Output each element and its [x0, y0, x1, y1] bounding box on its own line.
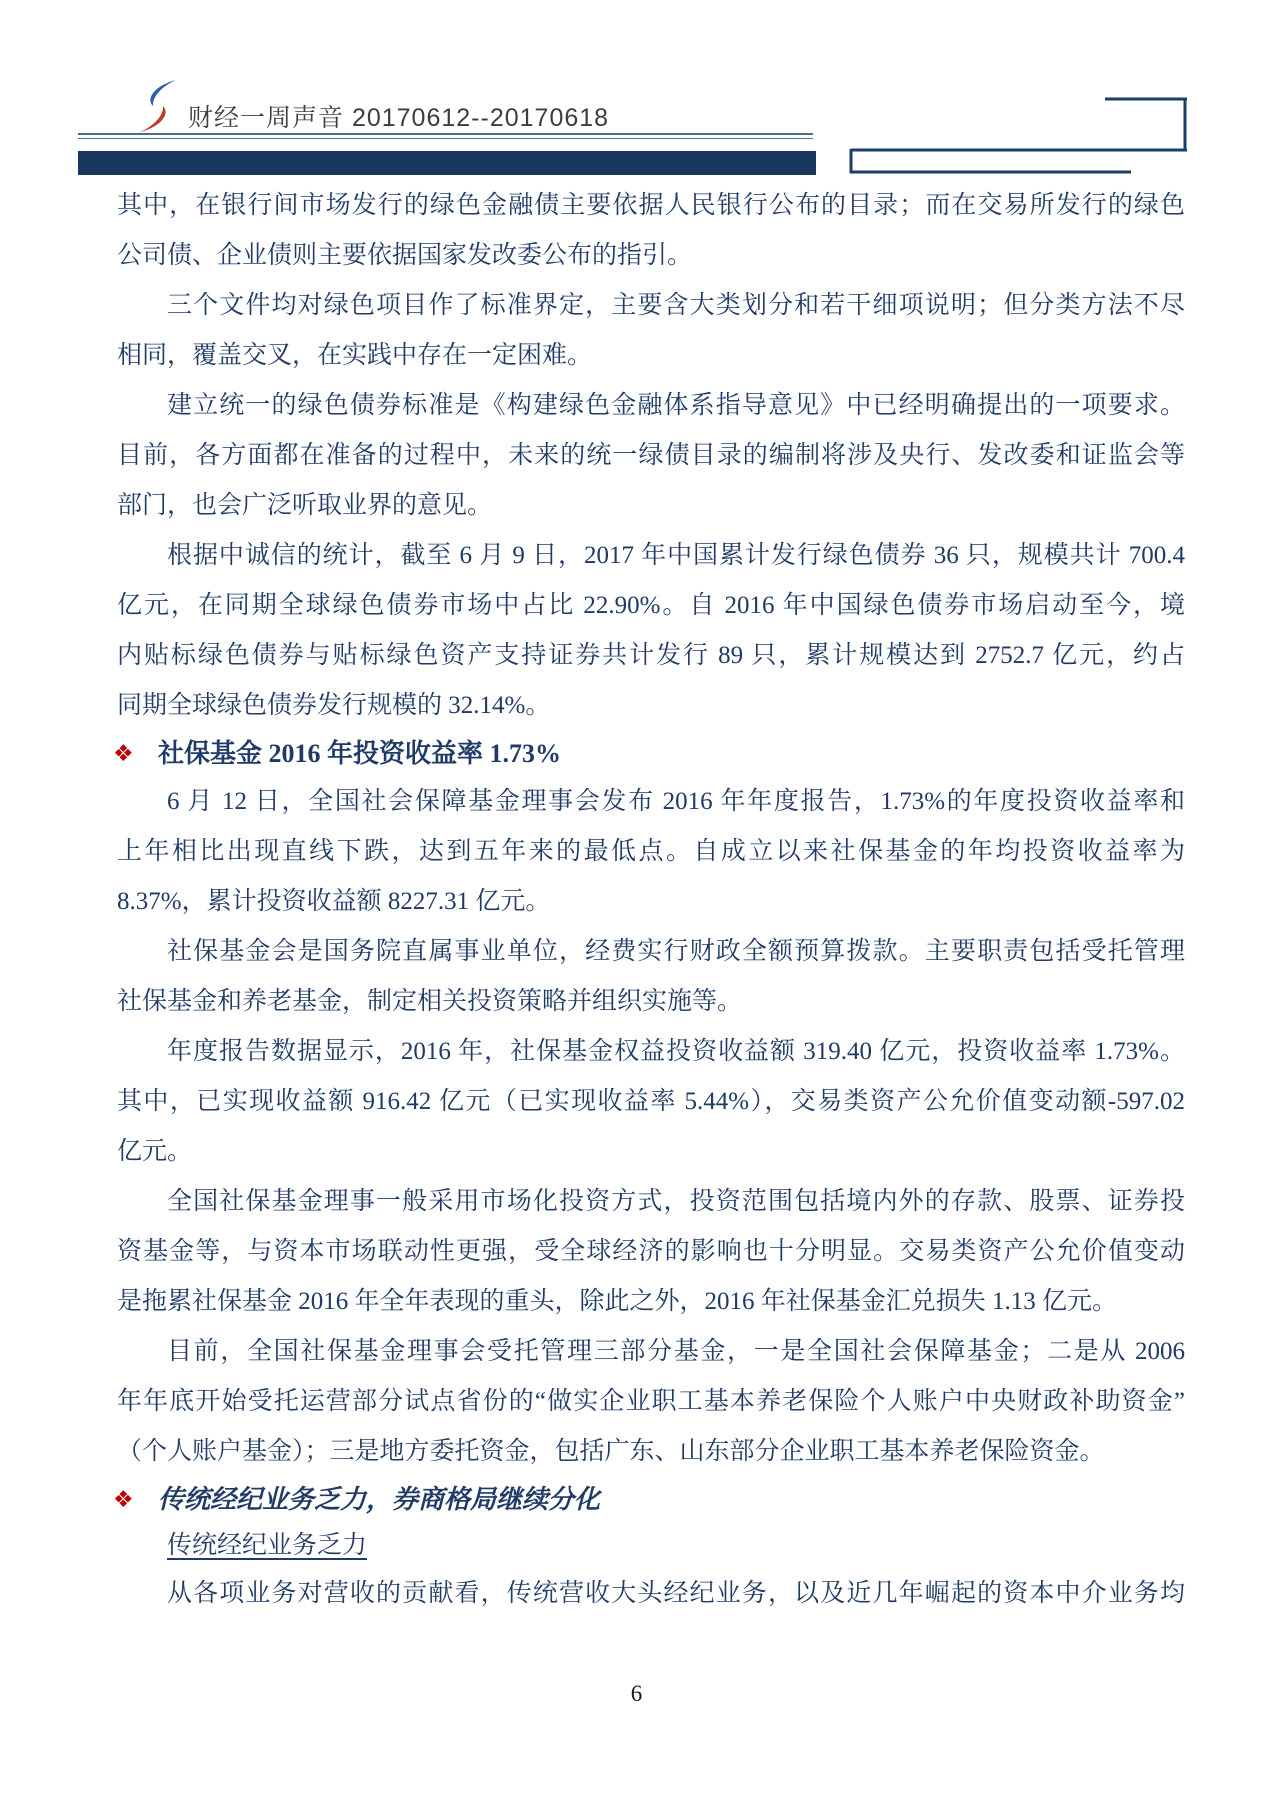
document-title: 财经一周声音 20170612--20170618 — [188, 98, 609, 134]
text-line: 亿元。 — [117, 1127, 1185, 1177]
corner-decoration — [840, 90, 1200, 182]
header-double-rule — [78, 133, 813, 139]
text-line: 其中，已实现收益额 916.42 亿元（已实现收益率 5.44%），交易类资产公… — [117, 1077, 1185, 1127]
header-bar — [78, 151, 816, 175]
text-line: 资基金等，与资本市场联动性更强，受全球经济的影响也十分明显。交易类资产公允价值变… — [117, 1227, 1185, 1277]
text-line: 同期全球绿色债券发行规模的 32.14%。 — [117, 681, 1185, 731]
text-line: 根据中诚信的统计，截至 6 月 9 日，2017 年中国累计发行绿色债券 36 … — [117, 531, 1185, 581]
text-line: 年度报告数据显示，2016 年，社保基金权益投资收益额 319.40 亿元，投资… — [117, 1027, 1185, 1077]
text-line: 上年相比出现直线下跌，达到五年来的最低点。自成立以来社保基金的年均投资收益率为 — [117, 827, 1185, 877]
diamond-bullet-icon: ❖ — [113, 1477, 134, 1523]
text-line: 公司债、企业债则主要依据国家发改委公布的指引。 — [117, 231, 1185, 281]
text-line: 其中，在银行间市场发行的绿色金融债主要依据人民银行公布的目录；而在交易所发行的绿… — [117, 181, 1185, 231]
text-line: 6 月 12 日，全国社会保障基金理事会发布 2016 年年度报告，1.73%的… — [117, 777, 1185, 827]
page-number: 6 — [0, 1681, 1273, 1707]
text-line: 目前，各方面都在准备的过程中，未来的统一绿债目录的编制将涉及央行、发改委和证监会… — [117, 431, 1185, 481]
sub-heading: 传统经纪业务乏力 — [117, 1523, 1185, 1569]
text-line: 社保基金会是国务院直属事业单位，经费实行财政全额预算拨款。主要职责包括受托管理 — [117, 927, 1185, 977]
text-line: 亿元，在同期全球绿色债券市场中占比 22.90%。自 2016 年中国绿色债券市… — [117, 581, 1185, 631]
text-line: 目前，全国社保基金理事会受托管理三部分基金，一是全国社会保障基金；二是从 200… — [117, 1327, 1185, 1377]
text-line: 全国社保基金理事一般采用市场化投资方式，投资范围包括境内外的存款、股票、证券投 — [117, 1177, 1185, 1227]
text-line: 从各项业务对营收的贡献看，传统营收大头经纪业务，以及近几年崛起的资本中介业务均 — [117, 1569, 1185, 1619]
text-line: 建立统一的绿色债券标准是《构建绿色金融体系指导意见》中已经明确提出的一项要求。 — [117, 381, 1185, 431]
text-line: 年年底开始受托运营部分试点省份的“做实企业职工基本养老保险个人账户中央财政补助资… — [117, 1377, 1185, 1427]
text-line: 三个文件均对绿色项目作了标准界定，主要含大类划分和若干细项说明；但分类方法不尽 — [117, 281, 1185, 331]
body-text: 其中，在银行间市场发行的绿色金融债主要依据人民银行公布的目录；而在交易所发行的绿… — [117, 181, 1185, 1619]
section-heading: ❖传统经纪业务乏力，券商格局继续分化 — [117, 1477, 1185, 1523]
diamond-bullet-icon: ❖ — [113, 731, 134, 777]
text-line: 是拖累社保基金 2016 年全年表现的重头，除此之外，2016 年社保基金汇兑损… — [117, 1277, 1185, 1327]
section-heading: ❖社保基金 2016 年投资收益率 1.73% — [117, 731, 1185, 777]
text-line: 相同，覆盖交叉，在实践中存在一定困难。 — [117, 331, 1185, 381]
section-heading-text: 社保基金 2016 年投资收益率 1.73% — [158, 739, 561, 768]
text-line: 内贴标绿色债券与贴标绿色资产支持证券共计发行 89 只，累计规模达到 2752.… — [117, 631, 1185, 681]
s-swoosh-logo-icon — [138, 80, 178, 132]
text-line: 部门，也会广泛听取业界的意见。 — [117, 481, 1185, 531]
section-heading-text: 传统经纪业务乏力，券商格局继续分化 — [158, 1485, 600, 1514]
text-line: 社保基金和养老基金，制定相关投资策略并组织实施等。 — [117, 977, 1185, 1027]
text-line: 8.37%，累计投资收益额 8227.31 亿元。 — [117, 877, 1185, 927]
text-line: （个人账户基金）；三是地方委托资金，包括广东、山东部分企业职工基本养老保险资金。 — [117, 1427, 1185, 1477]
